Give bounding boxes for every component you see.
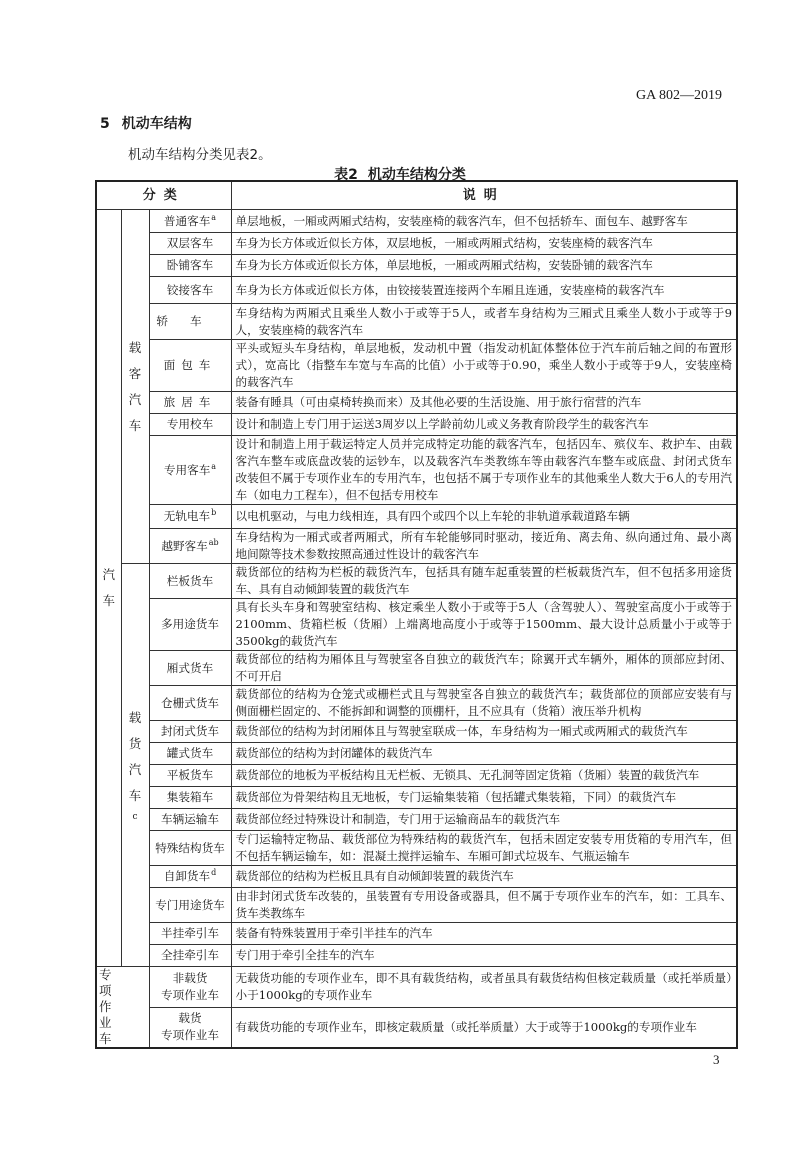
category-name-cell: 仓栅式货车 <box>149 686 231 721</box>
table-row: 双层客车车身为长方体或近似长方体，双层地板，一厢或两厢式结构，安装座椅的载客汽车 <box>96 233 737 255</box>
category-name-cell: 卧铺客车 <box>149 255 231 277</box>
table-row: 仓栅式货车载货部位的结构为仓笼式或栅栏式且与驾驶室各自独立的载货汽车；载货部位的… <box>96 686 737 721</box>
description-cell: 专门运输特定物品、载货部位为特殊结构的载货汽车，包括未固定安装专用货箱的专用汽车… <box>231 831 737 866</box>
header-category: 分类 <box>96 181 231 210</box>
category-name-cell: 普通客车a <box>149 210 231 233</box>
header-description: 说明 <box>231 181 737 210</box>
description-cell: 车身为长方体或近似长方体，单层地板，一厢或两厢式结构，安装卧铺的载客汽车 <box>231 255 737 277</box>
description-cell: 单层地板，一厢或两厢式结构，安装座椅的载客汽车，但不包括轿车、面包车、越野客车 <box>231 210 737 233</box>
table-row: 平板货车载货部位的地板为平板结构且无栏板、无锁具、无孔洞等固定货箱（货厢）装置的… <box>96 765 737 787</box>
category-name: 卧铺客车 <box>167 258 213 272</box>
description-cell: 具有长头车身和驾驶室结构、核定乘坐人数小于或等于5人（含驾驶人）、驾驶室高度小于… <box>231 599 737 651</box>
category-name-cell: 特殊结构货车 <box>149 831 231 866</box>
category-name-cell: 越野客车ab <box>149 529 231 564</box>
standard-code: GA 802—2019 <box>636 88 722 104</box>
category-name: 罐式货车 <box>167 746 213 760</box>
category-name: 仓栅式货车 <box>161 696 219 710</box>
table-row: 铰接客车车身为长方体或近似长方体，由铰接装置连接两个车厢且连通，安装座椅的载客汽… <box>96 277 737 304</box>
table-row: 自卸货车d载货部位的结构为栏板且具有自动倾卸装置的载货汽车 <box>96 866 737 888</box>
category-name-cell: 旅居车 <box>149 392 231 414</box>
category-name-cell: 轿车 <box>149 304 231 340</box>
description-cell: 车身为长方体或近似长方体，由铰接装置连接两个车厢且连通，安装座椅的载客汽车 <box>231 277 737 304</box>
category-name: 普通客车 <box>164 214 210 228</box>
table-row: 载货汽车c栏板货车载货部位的结构为栏板的载货汽车，包括具有随车起重装置的栏板载货… <box>96 564 737 599</box>
table-header-row: 分类 说明 <box>96 181 737 210</box>
category-name: 栏板货车 <box>167 574 213 588</box>
category-name: 轿车 <box>156 314 223 328</box>
description-cell: 设计和制造上用于载运特定人员并完成特定功能的载客汽车，包括囚车、殡仪车、救护车、… <box>231 436 737 505</box>
category-name: 自卸货车 <box>164 869 210 883</box>
footnote-marker: b <box>211 508 216 517</box>
category-name-cell: 厢式货车 <box>149 651 231 686</box>
category-name-cell: 载货专项作业车 <box>149 1007 231 1048</box>
category-name: 双层客车 <box>167 236 213 250</box>
description-cell: 装备有睡具（可由桌椅转换而来）及其他必要的生活设施、用于旅行宿营的汽车 <box>231 392 737 414</box>
description-cell: 车身结构为一厢式或者两厢式，所有车轮能够同时驱动，接近角、离去角、纵向通过角、最… <box>231 529 737 564</box>
category-name-cell: 专门用途货车 <box>149 888 231 923</box>
description-cell: 无载货功能的专项作业车，即不具有载货结构，或者虽具有载货结构但核定载质量（或托举… <box>231 967 737 1008</box>
category-name-cell: 面包车 <box>149 340 231 392</box>
table-row: 专用客车a设计和制造上用于载运特定人员并完成特定功能的载客汽车，包括囚车、殡仪车… <box>96 436 737 505</box>
description-cell: 载货部位的结构为封闭罐体的载货汽车 <box>231 743 737 765</box>
category-name: 半挂牵引车 <box>161 926 219 940</box>
category-name: 全挂牵引车 <box>161 948 219 962</box>
category-name-cell: 车辆运输车 <box>149 809 231 831</box>
category-name-cell: 专用校车 <box>149 414 231 436</box>
category-name-cell: 集装箱车 <box>149 787 231 809</box>
category-name-cell: 罐式货车 <box>149 743 231 765</box>
description-cell: 专门用于牵引全挂车的汽车 <box>231 945 737 967</box>
description-cell: 载货部位的结构为封闭厢体且与驾驶室联成一体，车身结构为一厢式或两厢式的载货汽车 <box>231 721 737 743</box>
table-row: 车辆运输车载货部位经过特殊设计和制造，专门用于运输商品车的载货汽车 <box>96 809 737 831</box>
description-cell: 以电机驱动，与电力线相连，具有四个或四个以上车轮的非轨道承载道路车辆 <box>231 505 737 529</box>
category-name: 特殊结构货车 <box>155 841 225 855</box>
category-name: 面包车 <box>164 358 217 372</box>
category-name: 载货 <box>178 1011 201 1025</box>
category-name: 铰接客车 <box>167 283 213 297</box>
category-name-cell: 全挂牵引车 <box>149 945 231 967</box>
description-cell: 车身结构为两厢式且乘坐人数小于或等于5人，或者车身结构为三厢式且乘坐人数小于或等… <box>231 304 737 340</box>
table-row: 多用途货车具有长头车身和驾驶室结构、核定乘坐人数小于或等于5人（含驾驶人）、驾驶… <box>96 599 737 651</box>
table-row: 越野客车ab车身结构为一厢式或者两厢式，所有车轮能够同时驱动，接近角、离去角、纵… <box>96 529 737 564</box>
category-name-cell: 封闭式货车 <box>149 721 231 743</box>
top-group-cell: 汽车 <box>96 210 121 967</box>
table-row: 无轨电车b以电机驱动，与电力线相连，具有四个或四个以上车轮的非轨道承载道路车辆 <box>96 505 737 529</box>
subgroup-note: c <box>124 809 147 826</box>
category-name: 无轨电车 <box>164 509 210 523</box>
table-row: 全挂牵引车专门用于牵引全挂车的汽车 <box>96 945 737 967</box>
description-cell: 设计和制造上专门用于运送3周岁以上学龄前幼儿或义务教育阶段学生的载客汽车 <box>231 414 737 436</box>
intro-paragraph: 机动车结构分类见表2。 <box>128 143 272 163</box>
description-cell: 载货部位的结构为厢体且与驾驶室各自独立的载货汽车；除翼开式车辆外，厢体的顶部应封… <box>231 651 737 686</box>
table-row: 厢式货车载货部位的结构为厢体且与驾驶室各自独立的载货汽车；除翼开式车辆外，厢体的… <box>96 651 737 686</box>
category-name-cell: 无轨电车b <box>149 505 231 529</box>
category-name-cell: 平板货车 <box>149 765 231 787</box>
category-name: 专项作业车 <box>161 988 219 1002</box>
table-row: 罐式货车载货部位的结构为封闭罐体的载货汽车 <box>96 743 737 765</box>
category-name: 专项作业车 <box>161 1028 219 1042</box>
category-name: 旅居车 <box>164 395 217 409</box>
category-name: 车辆运输车 <box>161 812 219 826</box>
description-cell: 载货部位经过特殊设计和制造，专门用于运输商品车的载货汽车 <box>231 809 737 831</box>
vertical-label-text: 汽车 <box>102 562 116 614</box>
section-title: 机动车结构 <box>122 116 192 132</box>
category-name: 专用校车 <box>167 417 213 431</box>
category-name: 厢式货车 <box>167 661 213 675</box>
description-cell: 载货部位为骨架结构且无地板，专门运输集装箱（包括罐式集装箱，下同）的载货汽车 <box>231 787 737 809</box>
subgroup-cell: 载货汽车c <box>121 564 149 967</box>
category-name: 越野客车 <box>161 539 207 553</box>
description-cell: 载货部位的结构为栏板的载货汽车，包括具有随车起重装置的栏板载货汽车，但不包括多用… <box>231 564 737 599</box>
category-name-cell: 半挂牵引车 <box>149 923 231 945</box>
category-name-cell: 自卸货车d <box>149 866 231 888</box>
subgroup-cell: 载客汽车 <box>121 210 149 564</box>
description-cell: 车身为长方体或近似长方体，双层地板，一厢或两厢式结构，安装座椅的载客汽车 <box>231 233 737 255</box>
footnote-marker: a <box>211 213 216 222</box>
footnote-marker: ab <box>209 538 219 547</box>
description-cell: 载货部位的结构为栏板且具有自动倾卸装置的载货汽车 <box>231 866 737 888</box>
description-cell: 载货部位的结构为仓笼式或栅栏式且与驾驶室各自独立的载货汽车；载货部位的顶部应安装… <box>231 686 737 721</box>
description-cell: 有载货功能的专项作业车，即核定载质量（或托举质量）大于或等于1000kg的专项作… <box>231 1007 737 1048</box>
table-body: 汽车载客汽车普通客车a单层地板，一厢或两厢式结构，安装座椅的载客汽车，但不包括轿… <box>96 210 737 1049</box>
category-name-cell: 多用途货车 <box>149 599 231 651</box>
table-row: 特殊结构货车专门运输特定物品、载货部位为特殊结构的载货汽车，包括未固定安装专用货… <box>96 831 737 866</box>
table-row: 封闭式货车载货部位的结构为封闭厢体且与驾驶室联成一体，车身结构为一厢式或两厢式的… <box>96 721 737 743</box>
table-row: 专项作业车非载货专项作业车无载货功能的专项作业车，即不具有载货结构，或者虽具有载… <box>96 967 737 1008</box>
vertical-label-text: 载客汽车 <box>128 335 142 439</box>
category-name: 专门用途货车 <box>155 898 225 912</box>
category-name-cell: 栏板货车 <box>149 564 231 599</box>
footnote-marker: d <box>211 868 216 877</box>
category-name: 平板货车 <box>167 768 213 782</box>
category-name: 专用客车 <box>164 463 210 477</box>
vertical-label-text: 专项作业车 <box>99 967 113 1047</box>
table-row: 卧铺客车车身为长方体或近似长方体，单层地板，一厢或两厢式结构，安装卧铺的载客汽车 <box>96 255 737 277</box>
table-row: 轿车车身结构为两厢式且乘坐人数小于或等于5人，或者车身结构为三厢式且乘坐人数小于… <box>96 304 737 340</box>
description-cell: 载货部位的地板为平板结构且无栏板、无锁具、无孔洞等固定货箱（货厢）装置的载货汽车 <box>231 765 737 787</box>
table-row: 旅居车装备有睡具（可由桌椅转换而来）及其他必要的生活设施、用于旅行宿营的汽车 <box>96 392 737 414</box>
table-row: 专门用途货车由非封闭式货车改装的，虽装置有专用设备或器具，但不属于专项作业车的汽… <box>96 888 737 923</box>
category-name-cell: 双层客车 <box>149 233 231 255</box>
table-row: 载货专项作业车有载货功能的专项作业车，即核定载质量（或托举质量）大于或等于100… <box>96 1007 737 1048</box>
vertical-label-text: 载货汽车 <box>128 705 142 809</box>
category-name: 多用途货车 <box>161 617 219 631</box>
category-name-cell: 非载货专项作业车 <box>149 967 231 1008</box>
section-number: 5 <box>100 116 110 132</box>
description-cell: 由非封闭式货车改装的，虽装置有专用设备或器具，但不属于专项作业车的汽车，如：工具… <box>231 888 737 923</box>
category-name: 封闭式货车 <box>161 724 219 738</box>
section-heading: 5机动车结构 <box>100 113 192 133</box>
description-cell: 装备有特殊装置用于牵引半挂车的汽车 <box>231 923 737 945</box>
table-row: 面包车平头或短头车身结构，单层地板，发动机中置（指发动机缸体整体位于汽车前后轴之… <box>96 340 737 392</box>
page-number: 3 <box>713 1052 720 1068</box>
table-row: 集装箱车载货部位为骨架结构且无地板，专门运输集装箱（包括罐式集装箱，下同）的载货… <box>96 787 737 809</box>
table-row: 半挂牵引车装备有特殊装置用于牵引半挂车的汽车 <box>96 923 737 945</box>
description-cell: 平头或短头车身结构，单层地板，发动机中置（指发动机缸体整体位于汽车前后轴之间的布… <box>231 340 737 392</box>
category-name-cell: 专用客车a <box>149 436 231 505</box>
subgroup-cell: 专项作业车 <box>96 967 149 1049</box>
table-row: 专用校车设计和制造上专门用于运送3周岁以上学龄前幼儿或义务教育阶段学生的载客汽车 <box>96 414 737 436</box>
category-name: 集装箱车 <box>167 790 213 804</box>
category-name-cell: 铰接客车 <box>149 277 231 304</box>
category-name: 非载货 <box>173 971 208 985</box>
table-row: 汽车载客汽车普通客车a单层地板，一厢或两厢式结构，安装座椅的载客汽车，但不包括轿… <box>96 210 737 233</box>
vehicle-structure-table: 分类 说明 汽车载客汽车普通客车a单层地板，一厢或两厢式结构，安装座椅的载客汽车… <box>95 180 738 1049</box>
footnote-marker: a <box>211 462 216 471</box>
